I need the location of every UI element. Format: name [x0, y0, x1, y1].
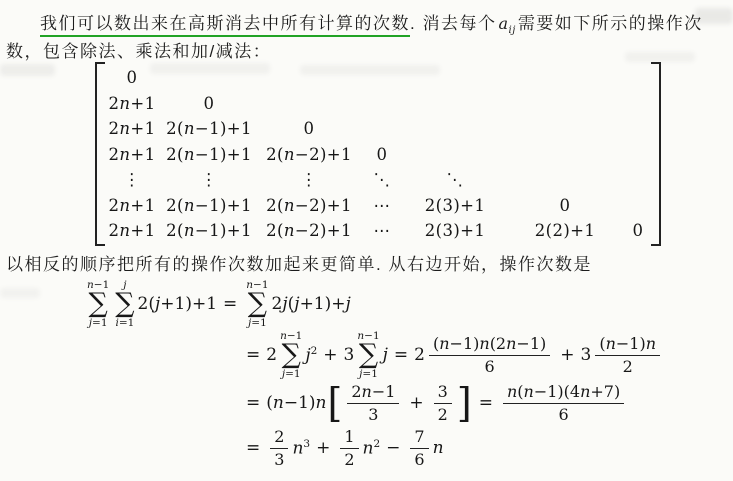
- term: j: [383, 345, 388, 365]
- underlined-sentence: 我们可以数出来在高斯消去中所有计算的次数: [40, 14, 410, 37]
- matrix-cell: 0: [625, 221, 651, 240]
- matrix-row: 2n+12(n−1)+12(n−2)+10: [105, 142, 651, 167]
- fraction: n(n−1)(4n+7)6: [503, 382, 624, 423]
- term: n: [433, 438, 444, 458]
- matrix-cell: 2n+1: [105, 145, 159, 164]
- matrix-cell: 2(n−1)+1: [159, 196, 259, 215]
- equals-sign: =: [223, 294, 237, 314]
- matrix-cell: ⋯: [359, 221, 405, 240]
- matrix-right-bracket: [651, 62, 661, 246]
- matrix-cell: 2(n−1)+1: [159, 221, 259, 240]
- scanned-textbook-page: { "colors": { "underline": "#21a325", "i…: [0, 0, 733, 481]
- coefficient: 3: [581, 345, 592, 365]
- matrix-cell: 2(n−2)+1: [259, 221, 359, 240]
- term: n2: [363, 438, 381, 459]
- equals-sign: =: [394, 345, 408, 365]
- matrix-cell: ⋱: [405, 170, 505, 189]
- equals-sign: =: [479, 393, 493, 413]
- coefficient: 2: [414, 345, 425, 365]
- scan-smudge: [695, 8, 733, 24]
- matrix-cell: ⋯: [359, 196, 405, 215]
- matrix-row: 2n+12(n−1)+12(n−2)+1⋯2(3)+12(2)+10: [105, 218, 651, 243]
- equation-line-1: n−1∑j=1 j∑i=1 2(j+1)+1 = n−1∑j=1 2j(j+1)…: [84, 277, 351, 331]
- variable-a: a: [498, 14, 508, 33]
- scan-smudge: [0, 288, 40, 298]
- matrix-cell: 2(3)+1: [405, 221, 505, 240]
- term: n3: [292, 438, 310, 459]
- equation-line-2: = 2 n−1∑j=1 j2 + 3 n−1∑j=1 j = 2 (n−1)n(…: [240, 331, 664, 379]
- equals-sign: =: [246, 438, 260, 458]
- sum-symbol: n−1∑j=1: [246, 279, 268, 329]
- scan-smudge: [300, 65, 440, 75]
- matrix-cell: 2(n−2)+1: [259, 196, 359, 215]
- scan-smudge: [0, 64, 55, 76]
- factor: (n−1)n: [266, 393, 326, 413]
- sum-symbol: n−1∑j=1: [87, 279, 109, 329]
- coefficient: 3: [344, 345, 355, 365]
- matrix-row: ⋮⋮⋮⋱⋱: [105, 167, 651, 192]
- matrix-cell: ⋮: [259, 170, 359, 189]
- coefficient: 2: [266, 345, 277, 365]
- matrix-cell: 2n+1: [105, 221, 159, 240]
- matrix-cell: 2(n−1)+1: [159, 119, 259, 138]
- sigma-icon: ∑: [359, 342, 378, 368]
- fraction: 23: [270, 427, 288, 468]
- fraction: 76: [410, 427, 428, 468]
- fraction: (n−1)n2: [595, 334, 660, 375]
- paragraph-1-line-2: 数，包含除法、乘法和加/减法：: [6, 37, 271, 62]
- matrix-cell: 2n+1: [105, 94, 159, 113]
- sigma-icon: ∑: [88, 291, 107, 317]
- line1-tail: 需要如下所示的操作次: [518, 14, 703, 33]
- equation-line-3: = (n−1)n [ 2n−13 + 32 ] = n(n−1)(4n+7)6: [240, 381, 628, 425]
- right-square-bracket: ]: [457, 383, 472, 423]
- matrix-cell: ⋱: [359, 170, 405, 189]
- fraction: 12: [340, 427, 358, 468]
- sigma-icon: ∑: [248, 291, 267, 317]
- sentence-continuation: . 消去每个: [410, 14, 496, 33]
- matrix-cell: 0: [359, 145, 405, 164]
- minus-sign: −: [386, 438, 400, 458]
- sum-symbol: j∑i=1: [115, 279, 134, 329]
- sigma-icon: ∑: [282, 342, 301, 368]
- fraction: (n−1)n(2n−1)6: [429, 334, 550, 375]
- fraction: 2n−13: [347, 382, 399, 423]
- paragraph-1-line-1: 我们可以数出来在高斯消去中所有计算的次数. 消去每个aij需要如下所示的操作次: [40, 9, 703, 36]
- sigma-icon: ∑: [115, 291, 134, 317]
- sum-symbol: n−1∑j=1: [280, 330, 302, 380]
- equals-sign: =: [246, 393, 260, 413]
- matrix-cell: 2(n−1)+1: [159, 145, 259, 164]
- sum-symbol: n−1∑j=1: [357, 330, 379, 380]
- matrix-row: 2n+12(n−1)+10: [105, 116, 651, 141]
- matrix-cell: 2n+1: [105, 119, 159, 138]
- matrix-row: 2n+12(n−1)+12(n−2)+1⋯2(3)+10: [105, 193, 651, 218]
- matrix-grid: 02n+102n+12(n−1)+102n+12(n−1)+12(n−2)+10…: [105, 62, 651, 246]
- equation-line-4: = 23 n3 + 12 n2 − 76 n: [240, 427, 444, 469]
- scan-smudge: [625, 52, 695, 62]
- plus-sign: +: [560, 345, 574, 365]
- matrix-entry-variable: aij: [496, 14, 517, 33]
- summand: 2j(j+1)+j: [272, 294, 351, 314]
- matrix-cell: 0: [159, 94, 259, 113]
- paragraph-2: 以相反的顺序把所有的操作次数加起来更简单. 从右边开始，操作次数是: [6, 250, 592, 275]
- fraction: 32: [434, 382, 452, 423]
- matrix-cell: 0: [505, 196, 625, 215]
- matrix-cell: 2(n−2)+1: [259, 145, 359, 164]
- matrix-cell: 2n+1: [105, 196, 159, 215]
- plus-sign: +: [323, 345, 337, 365]
- summand: 2(j+1)+1: [138, 294, 218, 314]
- matrix-cell: ⋮: [105, 170, 159, 189]
- term: j2: [305, 345, 317, 366]
- variable-subscript: ij: [509, 25, 516, 36]
- equals-sign: =: [246, 345, 260, 365]
- matrix-cell: 0: [259, 119, 359, 138]
- matrix-cell: ⋮: [159, 170, 259, 189]
- plus-sign: +: [316, 438, 330, 458]
- matrix-cell: 2(2)+1: [505, 221, 625, 240]
- matrix-left-bracket: [95, 62, 105, 246]
- left-square-bracket: [: [328, 383, 343, 423]
- scan-smudge: [150, 63, 270, 74]
- operation-count-matrix: 02n+102n+12(n−1)+102n+12(n−1)+12(n−2)+10…: [95, 62, 661, 246]
- matrix-cell: 2(3)+1: [405, 196, 505, 215]
- matrix-row: 2n+10: [105, 91, 651, 116]
- plus-sign: +: [409, 393, 423, 413]
